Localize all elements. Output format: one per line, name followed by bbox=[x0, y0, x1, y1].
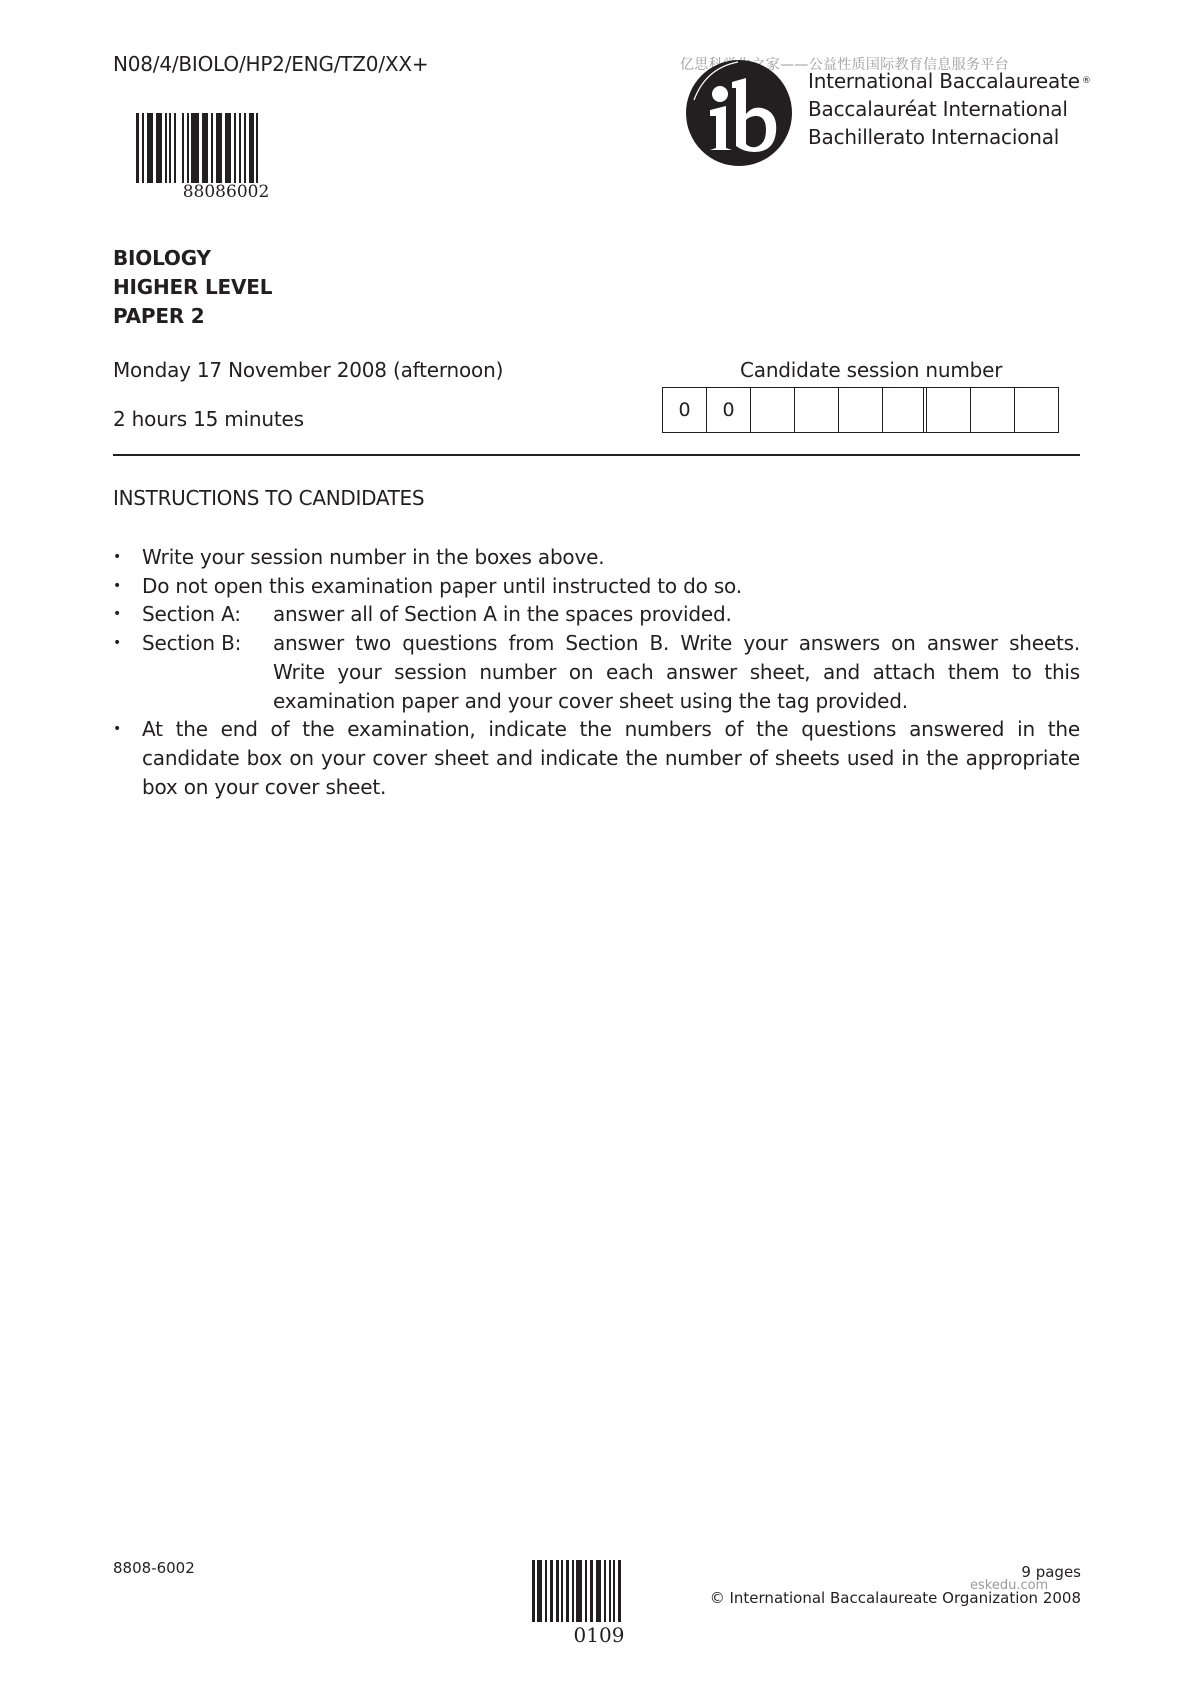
instruction-text: answer two questions from Section B. Wri… bbox=[273, 629, 1080, 715]
bottom-barcode-number: 0109 bbox=[532, 1623, 666, 1647]
top-barcode bbox=[136, 113, 258, 183]
top-barcode-number: 88086002 bbox=[136, 182, 316, 202]
subject-line: BIOLOGY bbox=[113, 244, 272, 273]
document-number: 8808-6002 bbox=[113, 1559, 195, 1577]
session-digit-cell[interactable] bbox=[971, 388, 1015, 432]
bullet-icon: • bbox=[113, 629, 142, 715]
exam-date: Monday 17 November 2008 (afternoon) bbox=[113, 358, 503, 382]
footer-watermark: eskedu.com bbox=[970, 1578, 1048, 1593]
instruction-item: • Section A: answer all of Section A in … bbox=[113, 600, 1080, 629]
session-digit-cell[interactable] bbox=[883, 388, 927, 432]
session-digit-cell[interactable] bbox=[1015, 388, 1059, 432]
bottom-barcode bbox=[532, 1560, 621, 1622]
session-number-boxes[interactable]: 00 bbox=[662, 387, 1059, 433]
instruction-item: • Section B: answer two questions from S… bbox=[113, 629, 1080, 715]
session-number-label: Candidate session number bbox=[740, 358, 1002, 382]
registered-mark: ® bbox=[1082, 76, 1091, 86]
bullet-icon: • bbox=[113, 543, 142, 572]
session-digit-cell[interactable]: 0 bbox=[663, 388, 707, 432]
subject-title: BIOLOGY HIGHER LEVEL PAPER 2 bbox=[113, 244, 272, 331]
instruction-text: Write your session number in the boxes a… bbox=[142, 543, 1080, 572]
instruction-text: Do not open this examination paper until… bbox=[142, 572, 1080, 601]
organization-names: International Baccalaureate® Baccalauréa… bbox=[808, 67, 1091, 151]
bullet-icon: • bbox=[113, 572, 142, 601]
session-digit-cell[interactable]: 0 bbox=[707, 388, 751, 432]
instruction-text: At the end of the examination, indicate … bbox=[142, 715, 1080, 801]
instruction-text: answer all of Section A in the spaces pr… bbox=[273, 600, 1080, 629]
barcode-bar bbox=[618, 1560, 621, 1622]
org-name-es: Bachillerato Internacional bbox=[808, 123, 1091, 151]
session-digit-cell[interactable] bbox=[927, 388, 971, 432]
barcode-bar bbox=[191, 113, 199, 183]
ib-logo-icon bbox=[686, 60, 792, 166]
divider bbox=[113, 454, 1080, 456]
session-digit-cell[interactable] bbox=[839, 388, 883, 432]
session-digit-cell[interactable] bbox=[795, 388, 839, 432]
section-label: Section B: bbox=[142, 629, 273, 715]
bullet-icon: • bbox=[113, 715, 142, 801]
bullet-icon: • bbox=[113, 600, 142, 629]
paper-code: N08/4/BIOLO/HP2/ENG/TZ0/XX+ bbox=[113, 52, 428, 76]
barcode-bar bbox=[256, 113, 258, 183]
instruction-item: • Do not open this examination paper unt… bbox=[113, 572, 1080, 601]
section-label: Section A: bbox=[142, 600, 273, 629]
org-name-fr: Baccalauréat International bbox=[808, 95, 1091, 123]
org-name-en: International Baccalaureate® bbox=[808, 67, 1091, 95]
instruction-item: • Write your session number in the boxes… bbox=[113, 543, 1080, 572]
instructions-list: • Write your session number in the boxes… bbox=[113, 543, 1080, 801]
subject-line: PAPER 2 bbox=[113, 302, 272, 331]
session-digit-cell[interactable] bbox=[751, 388, 795, 432]
subject-line: HIGHER LEVEL bbox=[113, 273, 272, 302]
instructions-title: INSTRUCTIONS TO CANDIDATES bbox=[113, 486, 424, 510]
exam-duration: 2 hours 15 minutes bbox=[113, 407, 304, 431]
instruction-item: • At the end of the examination, indicat… bbox=[113, 715, 1080, 801]
